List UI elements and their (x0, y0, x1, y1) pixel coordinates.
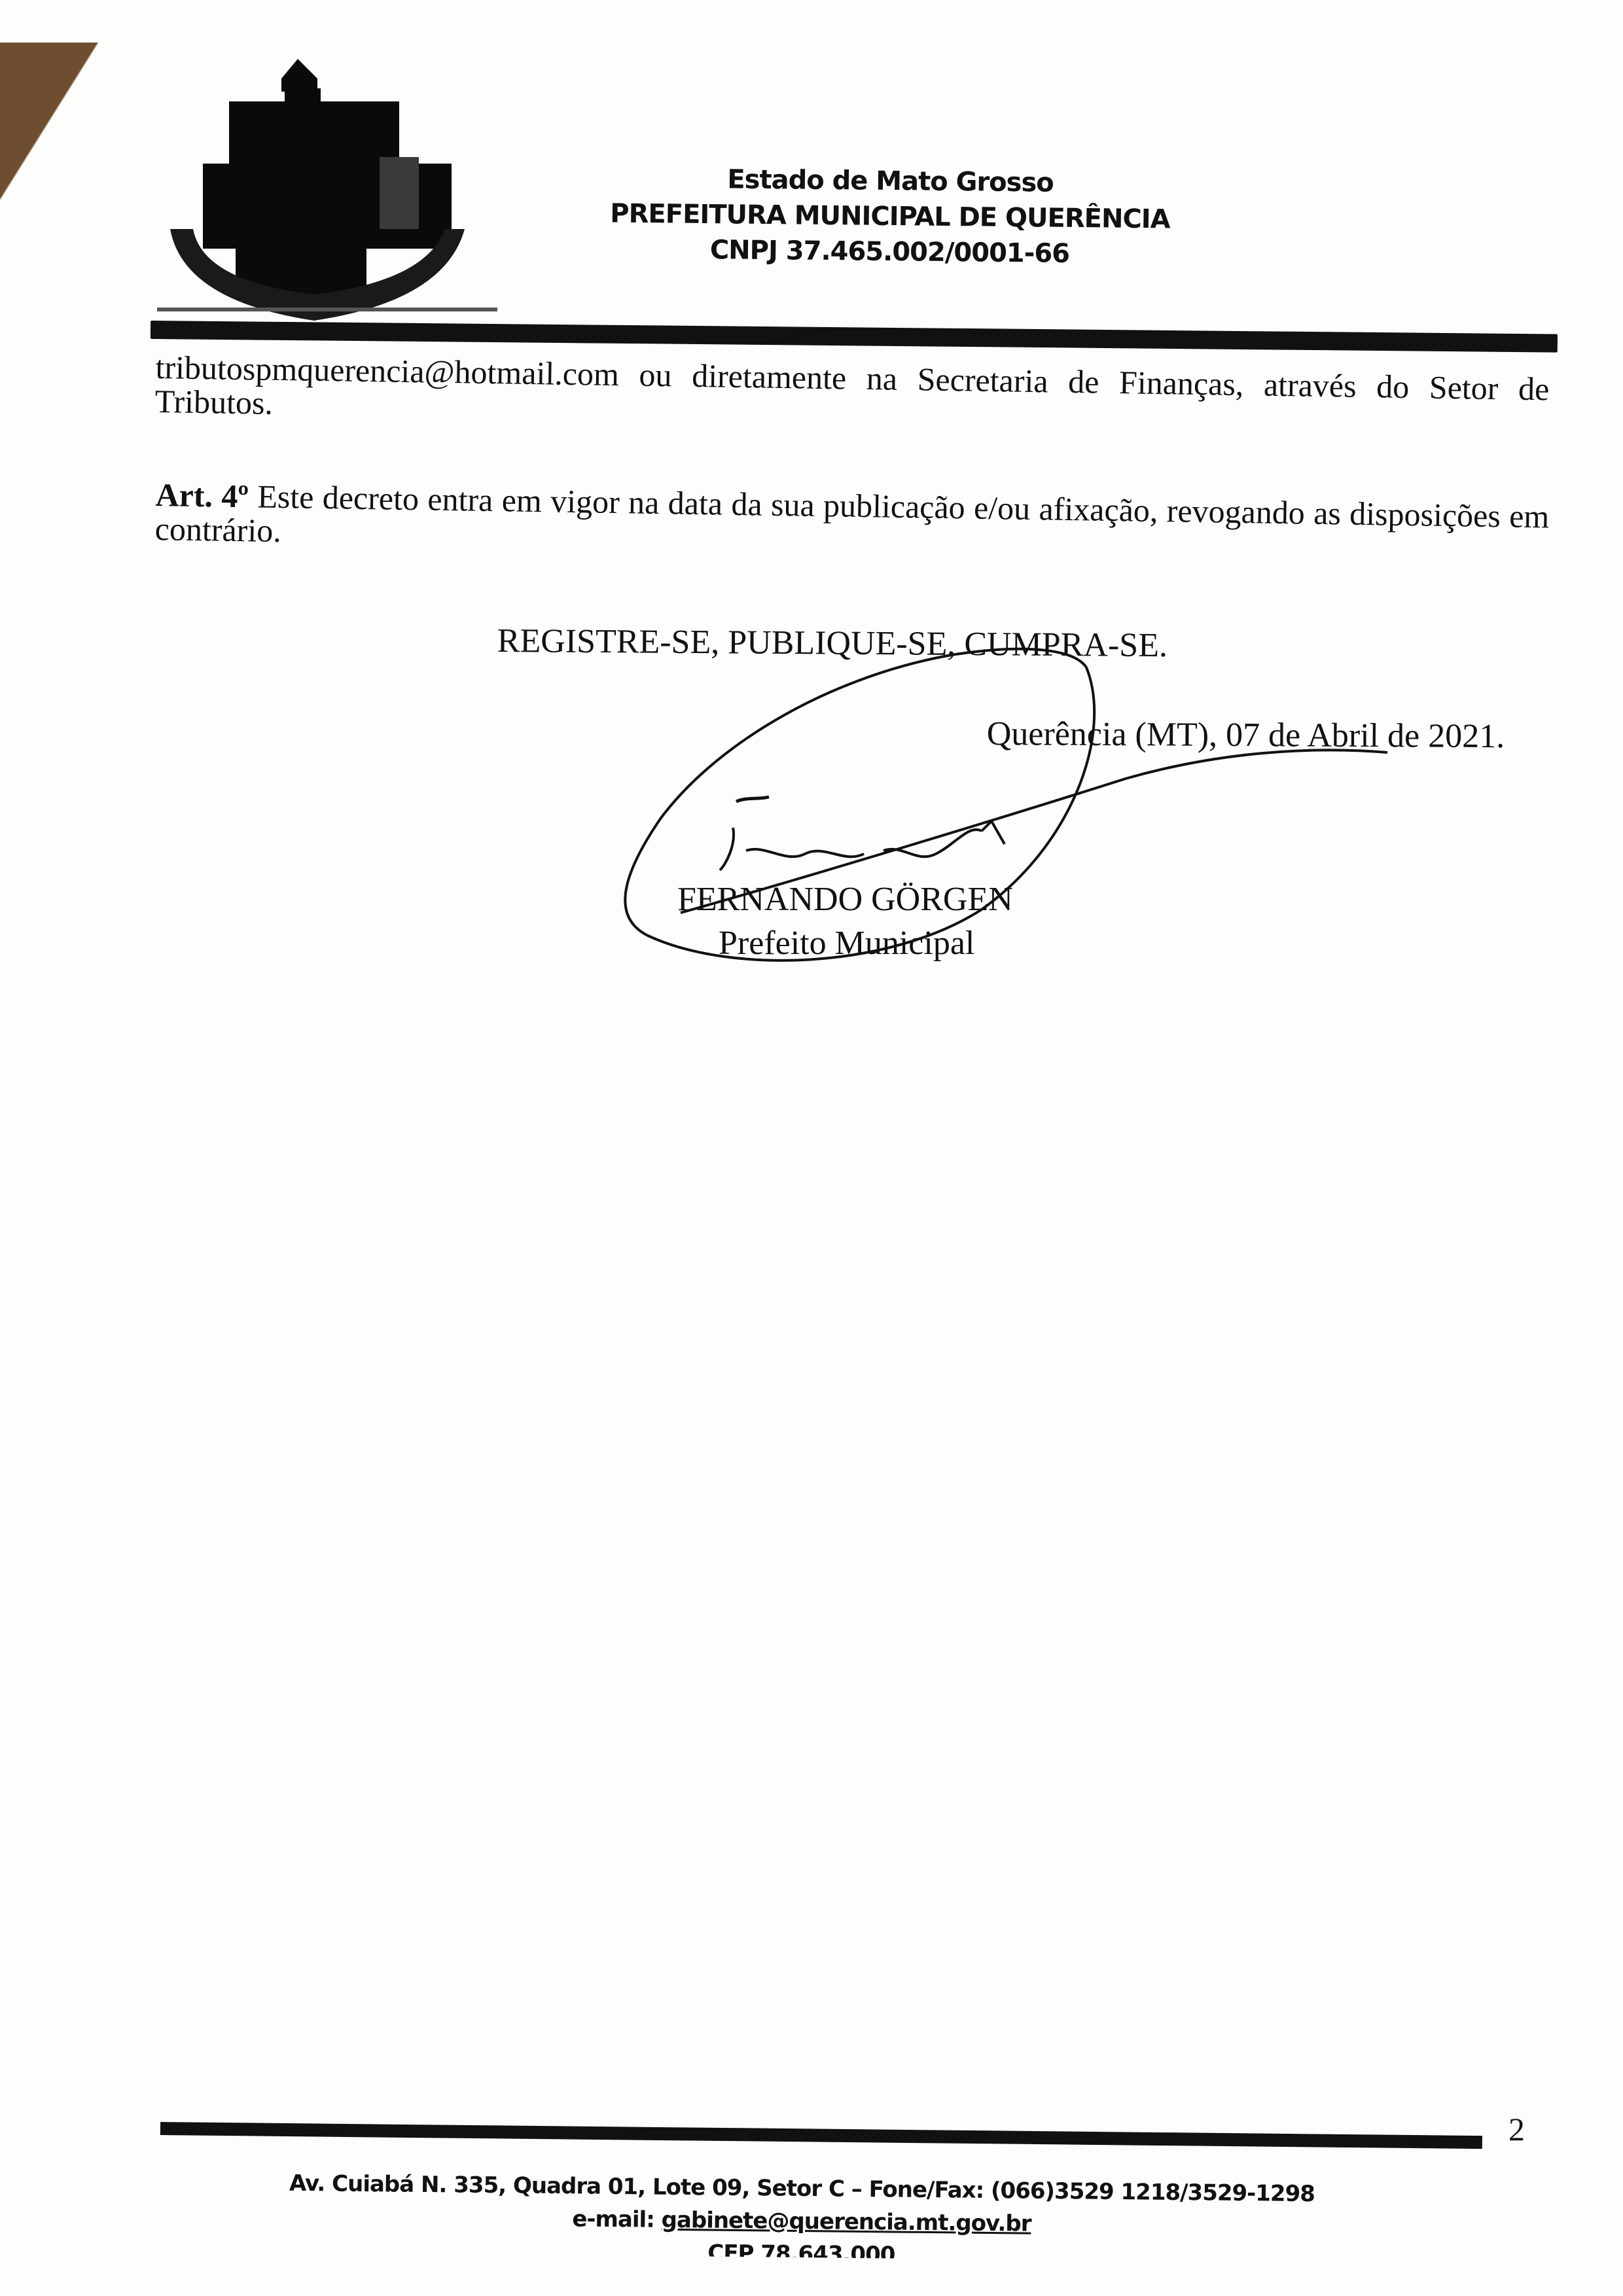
signer-title: Prefeito Municipal (719, 924, 974, 963)
cnpj: CNPJ 37.465.002/0001-66 (562, 231, 1217, 273)
footer: Av. Cuiabá N. 335, Quadra 01, Lote 09, S… (163, 2166, 1440, 2264)
header-divider (151, 321, 1558, 353)
paragraph-continuation: tributospmquerencia@hotmail.com ou diret… (154, 350, 1549, 440)
footer-email-link[interactable]: gabinete@querencia.mt.gov.br (661, 2207, 1031, 2237)
municipality-name: PREFEITURA MUNICIPAL DE QUERÊNCIA (563, 196, 1218, 238)
place-date: Querência (MT), 07 de Abril de 2021. (987, 715, 1505, 756)
signer-name: FERNANDO GÖRGEN (677, 880, 1013, 919)
article-text: Este decreto entra em vigor na data da s… (154, 478, 1549, 549)
article-4: Art. 4º Este decreto entra em vigor na d… (154, 478, 1549, 567)
page-number: 2 (1508, 2110, 1525, 2148)
footer-email-label: e-mail: (572, 2206, 662, 2233)
letterhead: Estado de Mato Grosso PREFEITURA MUNICIP… (562, 160, 1218, 273)
article-label: Art. 4º (155, 476, 249, 514)
table-surface-corner (0, 43, 98, 200)
closing-formula: REGISTRE-SE, PUBLIQUE-SE, CUMPRA-SE. (497, 622, 1168, 665)
footer-divider (160, 2122, 1482, 2149)
municipal-coat-of-arms-icon (157, 52, 497, 334)
